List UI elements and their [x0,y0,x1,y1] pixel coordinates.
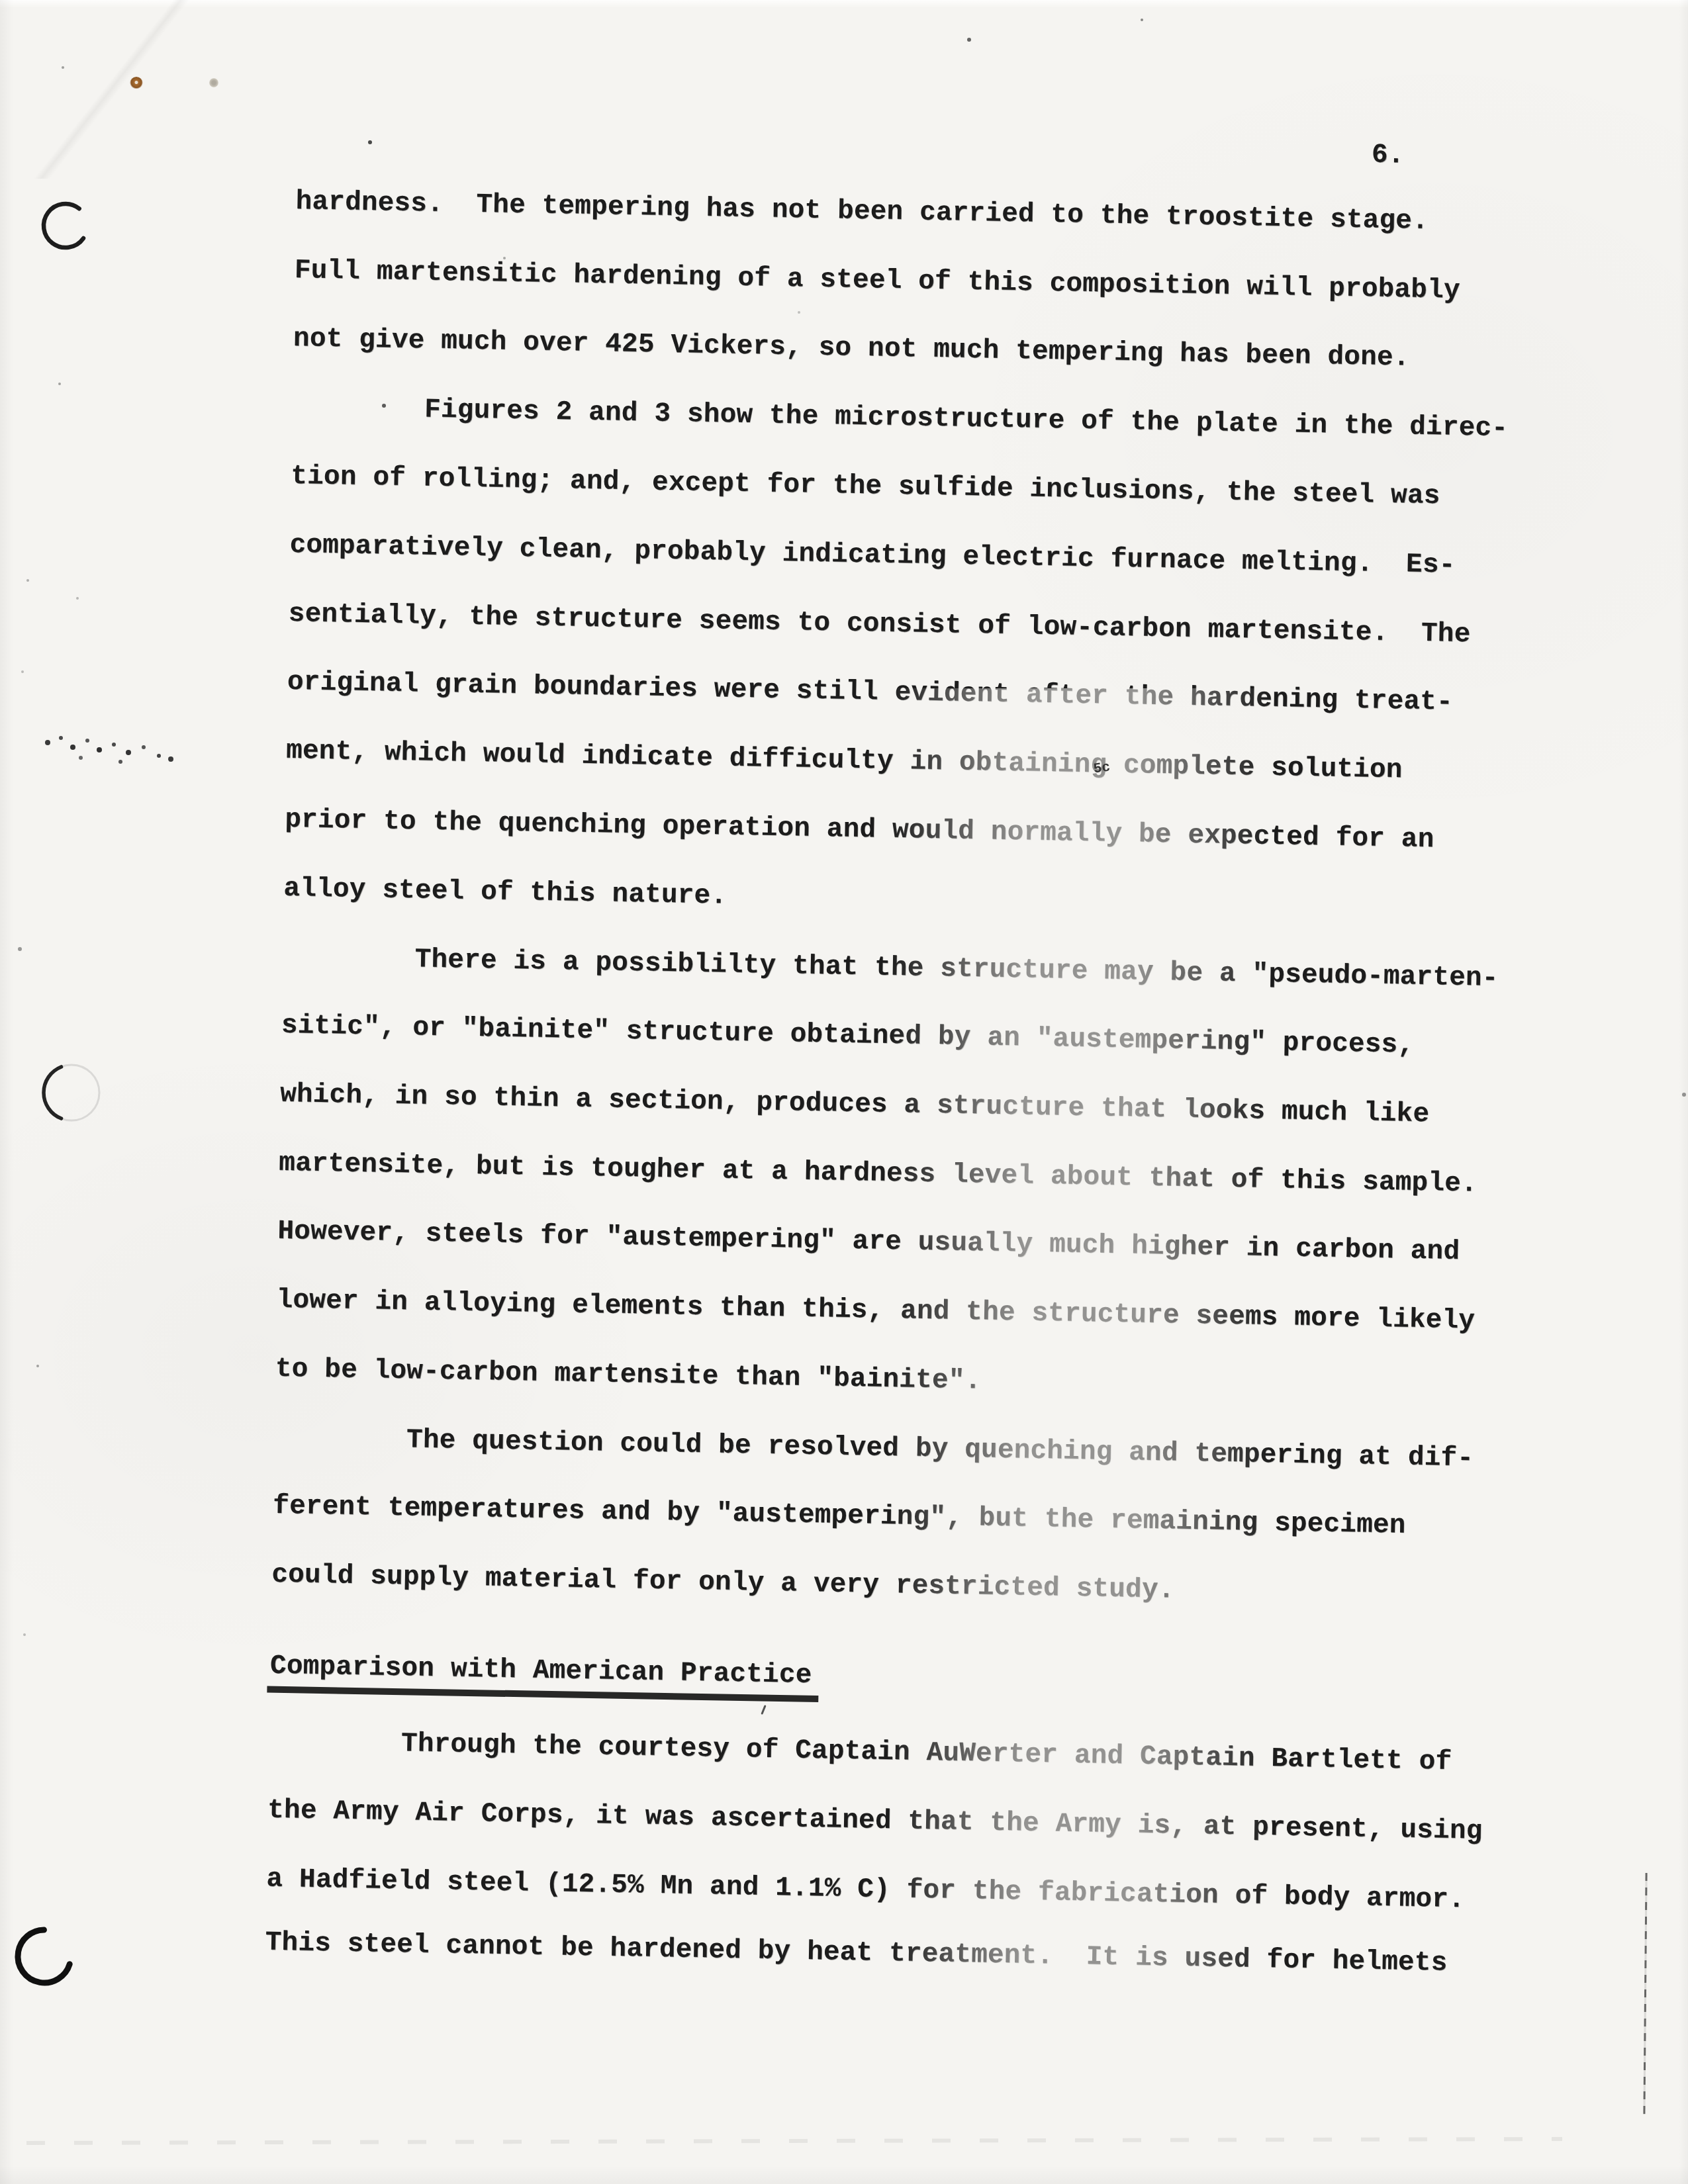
page-number: 6. [1372,140,1405,171]
text-line: ferent temperatures and by "austempering… [273,1493,1406,1540]
text-line: could supply material for only a very re… [271,1562,1175,1605]
text-line: However, steels for "austempering" are u… [277,1218,1460,1266]
document-page: 6. hardness. The tempering has not been … [0,0,1688,2184]
text-line: The question could be resolved by quench… [406,1427,1474,1473]
stray-ink-mark: 5c [1093,760,1111,777]
circle-stain-mark-top [38,197,94,255]
text-line: Full martensitic hardening of a steel of… [294,257,1460,305]
text-line: There is a possiblilty that the structur… [414,946,1499,993]
crescent-mark [36,1058,107,1128]
text-line: comparatively clean, probably indicating… [289,532,1456,580]
section-heading: Comparison with American Practice [267,1653,818,1703]
text-line: the Army Air Corps, it was ascertained t… [267,1797,1483,1846]
paper-speck [209,78,218,87]
text-line: Figures 2 and 3 show the microstructure … [424,396,1509,443]
bottom-scan-streak [26,2137,1562,2145]
circle-stain-mark-bottom [13,1925,77,1988]
text-line: martensite, but is tougher at a hardness… [279,1150,1477,1199]
right-edge-line [1643,1873,1647,2115]
text-line: which, in so thin a section, produces a … [280,1081,1430,1128]
text-line: sentially, the structure seems to consis… [288,601,1470,649]
ink-specks [0,0,3,3]
text-line: hardness. The tempering has not been car… [295,189,1429,236]
text-line: ment, which would indicate difficulty in… [286,738,1403,784]
text-line: not give much over 425 Vickers, so not m… [293,326,1410,372]
text-line: prior to the quenching operation and wou… [285,807,1434,854]
text-line: tion of rolling; and, except for the sul… [291,463,1440,510]
text-line: original grain boundaries were still evi… [287,669,1454,717]
text-line: This steel cannot be hardened by heat tr… [265,1930,1447,1978]
text-line: sitic", or "bainite" structure obtained … [281,1013,1415,1060]
text-line: lower in alloying elements than this, an… [276,1287,1475,1336]
text-line: to be low-carbon martensite than "bainit… [275,1356,981,1396]
text-line: Through the courtesy of Captain AuWerter… [401,1731,1452,1776]
corner-crease [0,0,278,179]
text-line: alloy steel of this nature. [283,876,727,911]
typewritten-text-block: hardness. The tempering has not been car… [264,189,1587,2038]
text-line: a Hadfield steel (12.5% Mn and 1.1% C) f… [266,1866,1465,1915]
ink-speck-cluster [40,731,42,734]
rust-stain [130,77,143,89]
